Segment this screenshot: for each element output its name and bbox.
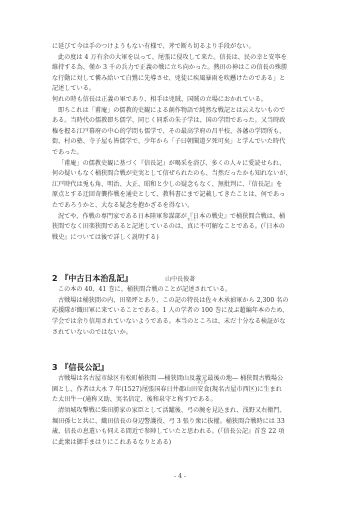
text-line: 原点とする迂回奇襲作戦を通史として、教科書にまで記載してきたことは、何であっ <box>52 190 308 201</box>
text-line: た太田牛一(通称又助、実名信定、後和泉守と称す)である。 <box>52 395 308 406</box>
section-2: 2 『中古日本治乱記』 山中長俊著 この本の 40、41 巻に、桶狭間合戦のこと… <box>52 273 308 338</box>
spacer <box>52 243 308 273</box>
text-line: 応援隊が織田軍に来ていることである。1 人の学者の 100 巻に及ぶ超編年本のた… <box>52 306 308 317</box>
section-3: 3 『信長公記』 古戦場は名古屋市緑区有松町桶狭間 ―桶狭間山及義元最後の地― … <box>52 362 308 448</box>
text-line: 堀田孫七と共に、織田信長の身辺警護役、弓 3 張り衆に抜擢。桶狭間合戦時には 3… <box>52 417 308 428</box>
ruby-annotated-word: まこと真 <box>187 222 193 233</box>
text-line: 「甫庵」の儒教史観に基づく『信長記』が喝采を浴び、多くの人々に愛読せられ、 <box>52 159 308 170</box>
text-line: であった。 <box>52 148 308 159</box>
text-line: 古戦場は名古屋市緑区有松町桶狭間 ―桶狭間山及義元最後の地― 桶狭間古戦場公 <box>52 374 308 385</box>
text-line: 記述している。 <box>52 84 308 95</box>
ruby-base: 真 <box>187 223 193 230</box>
text-line: 街、村の塾、寺子屋も皆儒学で、少年から「子曰朝聞道夕死可矣」と学んでいた時代 <box>52 137 308 148</box>
text-line: 何の疑いもなく桶狭間合戦が史実として信ぜられたのも、当然だったかも知れないが、 <box>52 169 308 180</box>
text-line: 何れの時も信長は正義の軍であり、相手は兇賊、国賊の立場におかれている。 <box>52 95 308 106</box>
section-number: 2 <box>52 274 58 283</box>
ruby-reading: まこと <box>187 218 196 221</box>
spacer <box>52 338 308 362</box>
section-heading: 3 『信長公記』 <box>52 362 308 374</box>
text-line: 狭間でなく田楽狭間であると記述しているのは、まこと真に不可解なことである。(『日… <box>52 222 308 233</box>
text-segment: (現名古屋市西区)に生まれ <box>210 386 282 393</box>
text-line: 園とし、作者は大永 7 年(1527)尾張国春日井郡山田あじき安食(現名古屋市西… <box>52 385 308 396</box>
intro-section: に延びて今は手のつけようもない有様で、斧で断ち切るより手段がない。 此の度は 4… <box>52 42 308 243</box>
ruby-annotated-word: あじき安食 <box>197 385 209 396</box>
document-page: に延びて今は手のつけようもない有様で、斧で断ち切るより手段がない。 此の度は 4… <box>52 42 308 448</box>
text-line: 即ちこれは「甫庵」の儒教的史観による創作物語で純然な戦記とは云えないもので <box>52 106 308 117</box>
section-author: 山中長俊著 <box>165 276 195 283</box>
text-segment: に不可解なことである。(『日本の <box>193 223 285 230</box>
text-line: 歳、信長の息遣いも伺える間近で参陣していたと思われる。(『信長公記』首巻 22 … <box>52 427 308 438</box>
text-line: 古戦場は桶狭間の内、田楽坪とあり、この記の特長は佐々木承禎軍から 2,300 名… <box>52 296 308 307</box>
text-line: ある。当時代の儒教即ち儒学、同じく同系の朱子学は、国の学問であった。又当時政 <box>52 116 308 127</box>
text-line: 清須城攻撃戦に柴田勝家の家臣として活躍後、弓の腕を見込まれ、浅野又右衛門、 <box>52 406 308 417</box>
text-line: たであろうかと、大なる疑念を抱かざるを得ない。 <box>52 201 308 212</box>
text-line: な行動に対して憐み給いて白鷺に先導させ、兇徒に疾風暴雨を吹懸けたのである」と <box>52 74 308 85</box>
text-line: されていないのではないか。 <box>52 328 308 339</box>
text-line: 学会では余り信用されていないようである。本当のところは、未だ十分なる検証がな <box>52 317 308 328</box>
text-line: 江戸時代は兎も角、明治、大正、昭和と少しの疑念もなく、無批判に、『信長記』を <box>52 180 308 191</box>
section-heading: 2 『中古日本治乱記』 山中長俊著 <box>52 273 308 285</box>
ruby-reading: あじき <box>197 381 206 384</box>
ruby-base: 安食 <box>197 386 209 393</box>
text-segment: 狭間でなく田楽狭間であると記述しているのは、 <box>52 223 187 230</box>
section-title: 『信長公記』 <box>60 363 108 372</box>
section-title: 『中古日本治乱記』 <box>60 274 132 283</box>
text-line: この本の 40、41 巻に、桶狭間合戦のことが記述されている。 <box>52 285 308 296</box>
text-line: 戦史』については後で詳しく説明する) <box>52 233 308 244</box>
section-number: 3 <box>52 363 58 372</box>
text-line: に此衆は御手まはりにこれあるなりとある) <box>52 438 308 449</box>
text-line: に延びて今は手のつけようもない有様で、斧で断ち切るより手段がない。 <box>52 42 308 53</box>
page-number: - 4 - <box>0 473 360 480</box>
text-line: 況てや、作戦の専門家である日本陸軍参謀部が『日本の戦史』で桶狭間合戦は、桶 <box>52 212 308 223</box>
text-line: 此の度は 4 万有余の大軍を以って、尾張に侵攻して来た。信長は、民の幸と安寧を <box>52 53 308 64</box>
text-line: 権を握る江戸幕府の中心的学問も儒学で、その最高学府の昌平校、各藩の学問所も、 <box>52 127 308 138</box>
text-line: 維持する為、僅か 3 千の兵力で正義の戦に立ち向かった。熱田の神はこの信長の殊勝 <box>52 63 308 74</box>
text-segment: 園とし、作者は大永 7 年(1527)尾張国春日井郡山田 <box>52 386 197 393</box>
